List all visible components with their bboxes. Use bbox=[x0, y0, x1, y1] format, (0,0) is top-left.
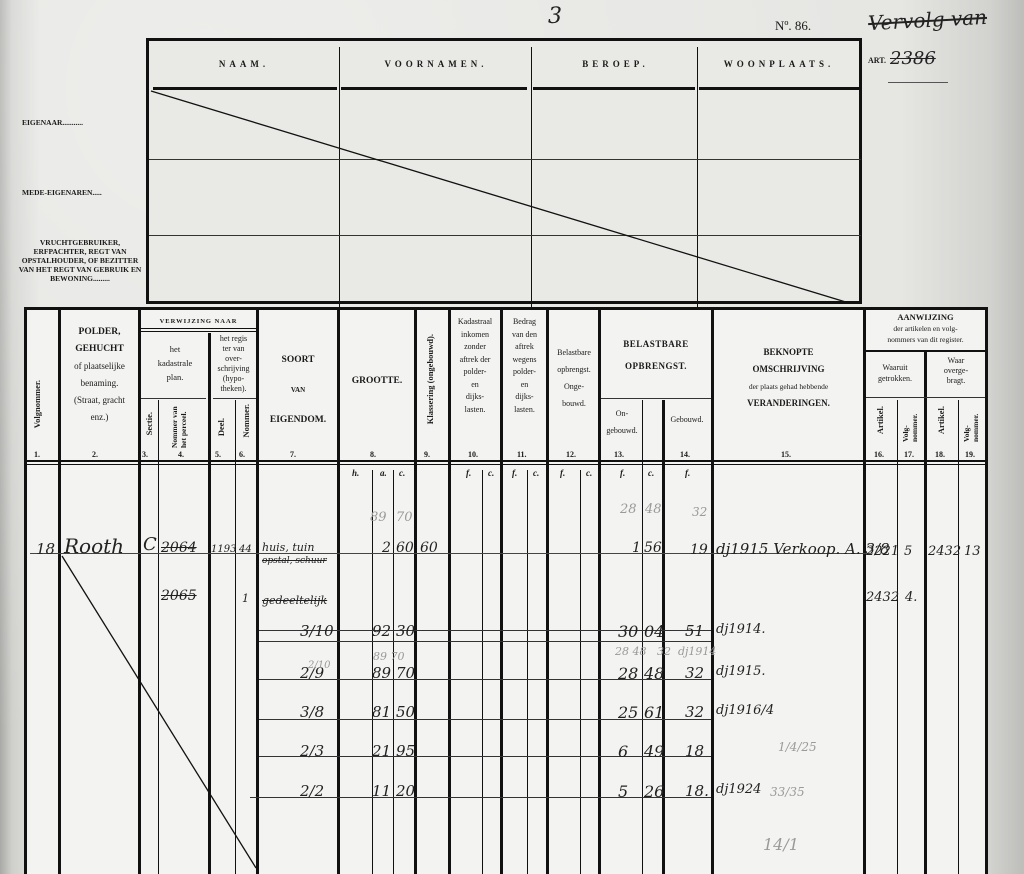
entry-polder: Rooth bbox=[64, 534, 124, 558]
share-ongebouwd-c: 26 bbox=[644, 782, 664, 801]
share-gebouwd-f: 51 bbox=[685, 622, 704, 640]
share-ongebouwd-f: 5 bbox=[618, 782, 628, 801]
entry-waaruit-artikel: 2221 bbox=[866, 544, 899, 559]
share-grootte-a: 92 bbox=[372, 622, 391, 640]
pre-ongebouwd-f: 28 bbox=[620, 502, 637, 517]
entry-ongebouwd-c: 56 bbox=[644, 540, 662, 556]
share-ongebouwd-f: 30 bbox=[618, 622, 638, 641]
share-gebouwd-f: 18 bbox=[685, 742, 704, 760]
entry-soort-1: huis, tuin bbox=[262, 541, 314, 554]
share-fraction: 2/3 bbox=[300, 742, 324, 760]
share-gebouwd-f: 32 bbox=[685, 703, 704, 721]
faint-right-note-1: 1/4/25 bbox=[778, 740, 817, 754]
share-grootte-a: 89 bbox=[372, 664, 391, 682]
pre-ongebouwd-c: 48 bbox=[645, 502, 662, 517]
entry-nommer: 44 bbox=[239, 544, 252, 555]
entry-row2-waaruit-volg: 4. bbox=[905, 590, 917, 605]
share-note: dj1914. bbox=[716, 622, 766, 637]
share-fraction: 2/2 bbox=[300, 782, 324, 800]
entry-grootte-c: 60 bbox=[396, 540, 414, 556]
pre-grootte-c: 70 bbox=[396, 510, 413, 525]
entry-soort-3: gedeeltelijk bbox=[262, 594, 327, 607]
faint-grootte-note: 89 70 bbox=[373, 650, 405, 663]
share-grootte-c: 30 bbox=[396, 622, 415, 640]
entry-omschrijving: dj1915 Verkoop. A. 3/8 bbox=[716, 540, 890, 558]
entry-waar-artikel: 2432 bbox=[928, 544, 961, 559]
entry-perceel-1: 2064 bbox=[161, 540, 197, 556]
entry-gebouwd-f: 19 bbox=[690, 542, 708, 558]
faint-share-note: 2/10 bbox=[308, 660, 330, 671]
faint-bottom-note: 14/1 bbox=[763, 835, 799, 854]
share-note: dj1915. bbox=[716, 664, 766, 679]
share-grootte-a: 11 bbox=[372, 782, 391, 800]
share-gebouwd-f: 18. bbox=[685, 782, 709, 800]
table-cancellation-diagonal bbox=[0, 0, 1024, 874]
entry-volgnommer: 18 bbox=[36, 540, 55, 558]
share-ongebouwd-c: 04 bbox=[644, 622, 664, 641]
pre-grootte-a: 89 bbox=[370, 510, 387, 525]
share-grootte-c: 50 bbox=[396, 703, 415, 721]
share-ongebouwd-f: 6 bbox=[618, 742, 628, 761]
share-fraction: 3/10 bbox=[300, 622, 334, 640]
faint-right-note-2: 33/35 bbox=[770, 785, 805, 799]
share-note: dj1924 bbox=[716, 782, 761, 797]
share-grootte-a: 21 bbox=[372, 742, 391, 760]
entry-row2-waaruit-artikel: 2432 bbox=[866, 590, 899, 605]
share-ongebouwd-c: 49 bbox=[644, 742, 664, 761]
share-grootte-c: 95 bbox=[396, 742, 415, 760]
entry-klassering: 60 bbox=[420, 540, 438, 556]
share-ongebouwd-f: 28 bbox=[618, 664, 638, 683]
share-note: dj1916/4 bbox=[716, 703, 774, 718]
share-ongebouwd-f: 25 bbox=[618, 703, 638, 722]
share-ongebouwd-c: 48 bbox=[644, 664, 664, 683]
faint-note-row: 28 48 32 dj1914 bbox=[615, 645, 716, 658]
entry-ongebouwd-f: 1 bbox=[632, 540, 641, 556]
entry-waar-volg: 13 bbox=[964, 544, 981, 559]
entry-waaruit-volg: 5 bbox=[904, 544, 912, 559]
share-ongebouwd-c: 61 bbox=[644, 703, 664, 722]
entry-soort-2: opstal, schuur bbox=[262, 556, 327, 566]
entry-perceel-2: 2065 bbox=[161, 588, 197, 604]
entry-nommer-2: 1 bbox=[242, 592, 249, 605]
share-fraction: 3/8 bbox=[300, 703, 324, 721]
entry-sectie: C bbox=[143, 534, 157, 555]
pre-gebouwd-f: 32 bbox=[692, 505, 707, 519]
entry-deel: 1193 bbox=[211, 544, 236, 555]
entry-grootte-a: 2 bbox=[382, 540, 391, 556]
share-grootte-c: 70 bbox=[396, 664, 415, 682]
share-gebouwd-f: 32 bbox=[685, 664, 704, 682]
share-grootte-a: 81 bbox=[372, 703, 391, 721]
share-grootte-c: 20 bbox=[396, 782, 415, 800]
